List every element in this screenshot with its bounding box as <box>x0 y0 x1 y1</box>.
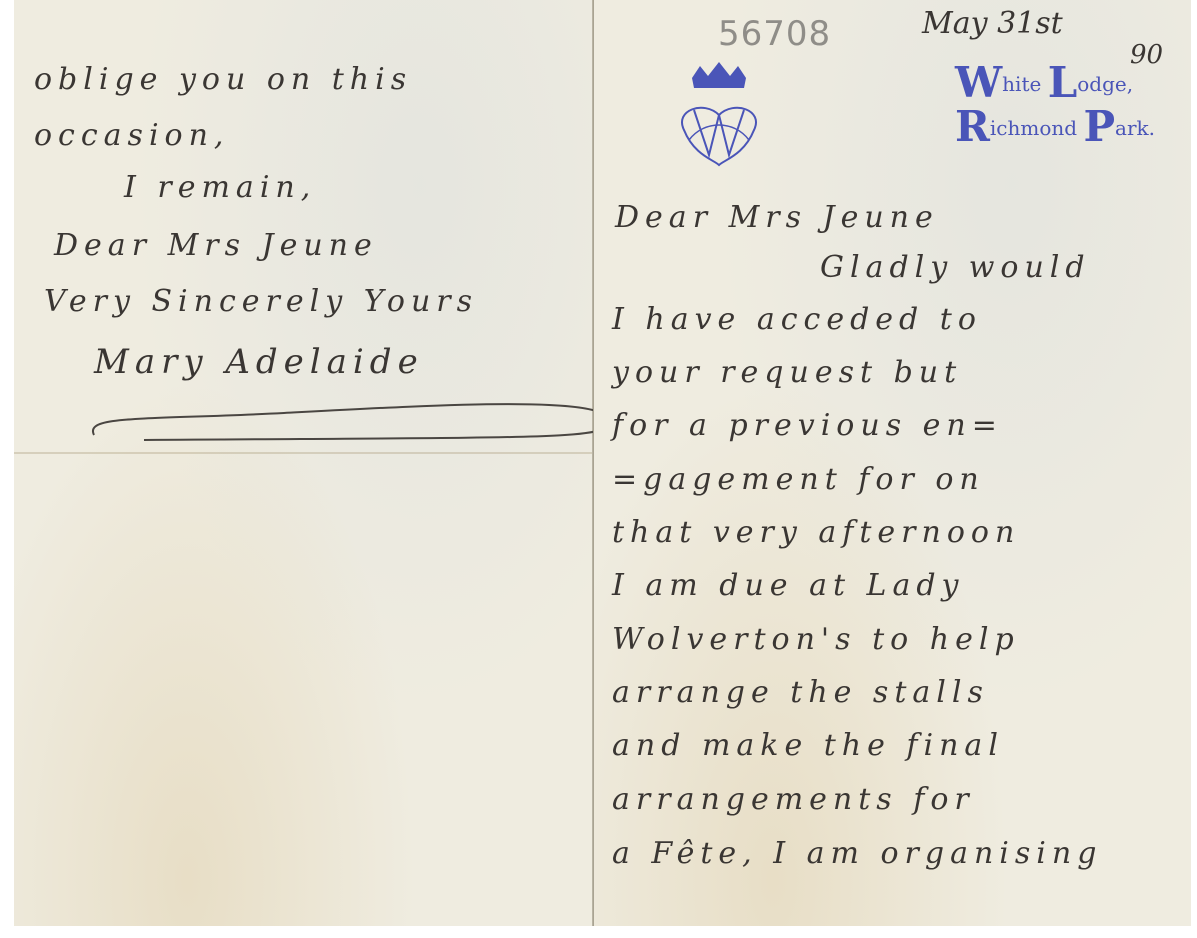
signature-flourish <box>84 395 624 445</box>
text-line: =gagement for on <box>612 462 985 497</box>
text-line: I am due at Lady <box>612 568 965 603</box>
letter-year: 90 <box>1130 40 1163 70</box>
text-line: Wolverton's to help <box>612 622 1020 657</box>
letterhead-line-1: White Lodge, <box>955 58 1133 107</box>
text-line: Dear Mrs Jeune <box>54 228 378 263</box>
salutation: Dear Mrs Jeune <box>615 200 939 235</box>
text-line: Gladly would <box>820 250 1091 285</box>
archive-number: 56708 <box>718 14 831 54</box>
text-line: a Fête, I am organising <box>612 836 1102 871</box>
signature: Mary Adelaide <box>94 342 424 382</box>
text-line: that very afternoon <box>612 515 1020 550</box>
text-line: and make the final <box>612 728 1004 763</box>
text-line: oblige you on this <box>34 62 412 97</box>
text-line: arrangements for <box>612 782 975 817</box>
letterhead-line-2: Richmond Park. <box>955 102 1155 151</box>
text-line: occasion, <box>34 118 229 153</box>
text-line: Very Sincerely Yours <box>44 284 478 319</box>
left-page: oblige you on this occasion, I remain, D… <box>14 0 593 926</box>
text-line: arrange the stalls <box>612 675 989 710</box>
letter-date: May 31st <box>922 6 1063 41</box>
text-line: I remain, <box>124 170 316 205</box>
text-line: I have acceded to <box>612 302 982 337</box>
text-line: for a previous en= <box>612 408 1003 443</box>
text-line: your request but <box>612 355 962 390</box>
crown-monogram-icon <box>664 60 774 170</box>
fold-crease <box>14 452 592 454</box>
